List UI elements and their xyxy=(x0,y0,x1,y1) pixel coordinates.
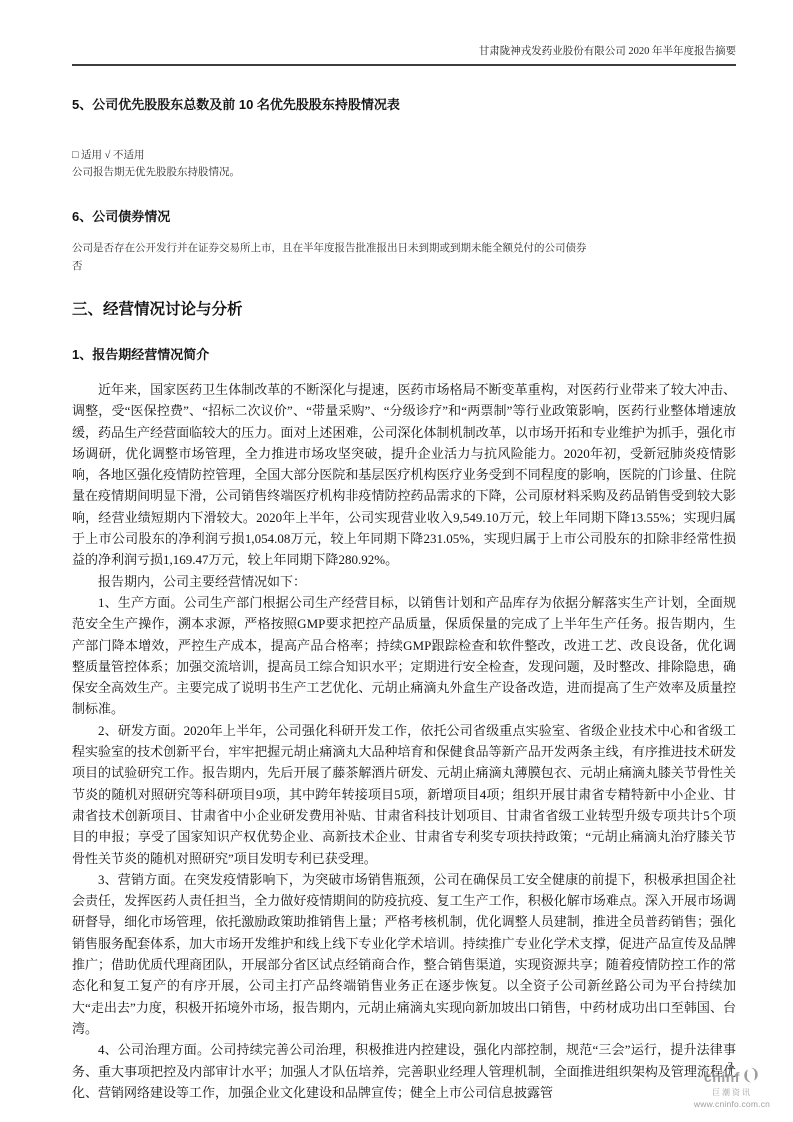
page-header: 甘肃陇神戎发药业股份有限公司 2020 年半年度报告摘要 xyxy=(72,44,736,66)
cninfo-logo-url: www.cninfo.com.cn xyxy=(677,1100,787,1109)
body-paragraph: 2、研发方面。2020年上半年，公司强化科研开发工作，依托公司省级重点实验室、省… xyxy=(72,720,736,869)
operations-discussion: 近年来，国家医药卫生体制改革的不断深化与提速，医药市场格局不断变革重构，对医药行… xyxy=(72,379,736,1103)
subsection-1-heading: 1、报告期经营情况简介 xyxy=(72,346,736,363)
cninfo-logo-row: cninf xyxy=(677,1067,787,1088)
bond-answer: 否 xyxy=(72,259,736,275)
report-page: 甘肃陇神戎发药业股份有限公司 2020 年半年度报告摘要 5、公司优先股股东总数… xyxy=(0,0,793,1122)
body-paragraph: 4、公司治理方面。公司持续完善公司治理，积极推进内控建设，强化内部控制，规范“三… xyxy=(72,1039,736,1103)
cninfo-logo: cninf 巨潮资讯 www.cninfo.com.cn xyxy=(677,1067,787,1109)
body-paragraph: 报告期内，公司主要经营情况如下： xyxy=(72,571,736,592)
body-paragraph: 1、生产方面。公司生产部门根据公司生产经营目标，以销售计划和产品库存为依据分解落… xyxy=(72,592,736,720)
section-5-heading: 5、公司优先股股东总数及前 10 名优先股股东持股情况表 xyxy=(72,96,736,113)
cninfo-swirl-icon xyxy=(742,1067,760,1088)
header-title: 甘肃陇神戎发药业股份有限公司 2020 年半年度报告摘要 xyxy=(479,46,736,57)
applicability-line: □ 适用 √ 不适用 xyxy=(72,148,736,164)
bond-question: 公司是否存在公开发行并在证券交易所上市，且在半年度报告批准报出日未到期或到期未能… xyxy=(72,241,732,257)
section-6-heading: 6、公司债券情况 xyxy=(72,208,736,225)
preferred-shares-note: 公司报告期无优先股股东持股情况。 xyxy=(72,165,736,181)
page-content: 甘肃陇神戎发药业股份有限公司 2020 年半年度报告摘要 5、公司优先股股东总数… xyxy=(0,0,793,1103)
section-3-heading: 三、经营情况讨论与分析 xyxy=(72,300,736,320)
cninfo-logo-text: cninf xyxy=(704,1070,740,1085)
cninfo-logo-subtitle: 巨潮资讯 xyxy=(677,1089,787,1098)
body-paragraph: 3、营销方面。在突发疫情影响下，为突破市场销售瓶颈，公司在确保员工安全健康的前提… xyxy=(72,869,736,1039)
body-paragraph: 近年来，国家医药卫生体制改革的不断深化与提速，医药市场格局不断变革重构，对医药行… xyxy=(72,379,736,571)
